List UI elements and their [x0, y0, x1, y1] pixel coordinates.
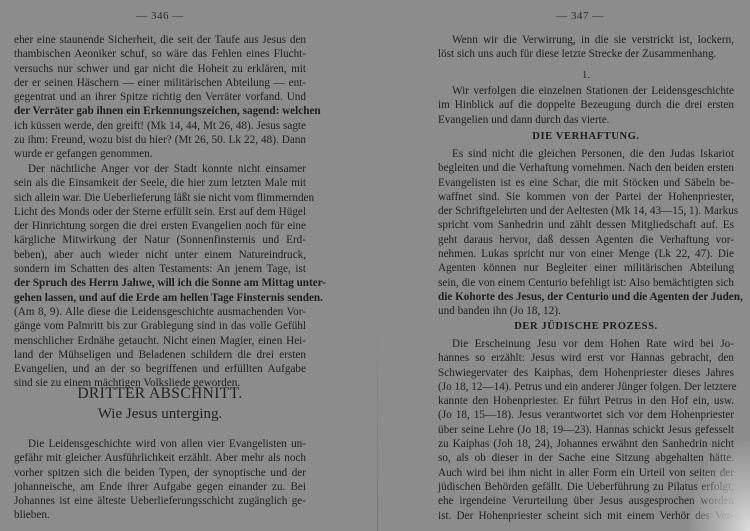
text-line: johanneische, am Ende ihrer Aufgabe gege…	[14, 480, 306, 494]
text-line: sich allein war. Die Ueberlieferung läßt…	[14, 191, 306, 205]
text-line: geht daraus hervor, daß dessen Agenten d…	[438, 233, 734, 247]
text-line: wurde er gefangen genommen.	[14, 147, 306, 161]
section-title: DRITTER ABSCHNITT.	[14, 385, 306, 403]
text-line: Wenn wir die Verwirrung, in die sie vers…	[438, 33, 734, 47]
text-line: Licht des Monds oder der Sterne erfüllt …	[14, 205, 306, 219]
paragraph-confusion: Wenn wir die Verwirrung, in die sie vers…	[438, 33, 734, 62]
text-line: im Hinblick auf die doppelte Bezeugung d…	[438, 98, 734, 112]
paragraph-passion-intro: Die Leidensgeschichte wird von allen vie…	[14, 437, 306, 523]
text-line: sondern im Schatten des alten Testaments…	[14, 262, 306, 276]
text-line: ich küssen werde, den greift! (Mk 14, 44…	[14, 119, 306, 133]
text-line: löst sich uns auch für diese letzte Stre…	[438, 47, 734, 61]
text-line: eher eine staunende Sicherheit, die seit…	[14, 33, 306, 47]
text-line: land der Mühseligen und Beladenen schild…	[14, 348, 306, 362]
text-line: sein, die von einem Centurio befehligt i…	[438, 276, 734, 290]
text-line: Johannes ist eine älteste Ueberlieferung…	[14, 494, 306, 508]
text-line: Die Leidensgeschichte wird von allen vie…	[14, 437, 306, 451]
text-line: der Spruch des Herrn Jahwe, will ich die…	[14, 276, 306, 290]
text-line: Es sind nicht die gleichen Personen, die…	[438, 147, 734, 161]
text-line: spricht vom Sanhedrin und zählt dessen M…	[438, 218, 734, 232]
page-number: — 346 —	[100, 10, 220, 22]
paragraph-arrest-ending: eher eine staunende Sicherheit, die seit…	[14, 33, 306, 162]
text-line: beben), aber auch wieder nicht unter ein…	[14, 248, 306, 262]
text-line: Die Erscheinung Jesu vor dem Hohen Rate …	[438, 337, 734, 351]
part-number: 1.	[438, 69, 734, 81]
text-line: gehen lassen, und auf die Erde am hellen…	[14, 291, 306, 305]
text-line: der Verräter gab ihnen ein Erkennungszei…	[14, 104, 306, 118]
text-line: Evangelien und dann durch das vierte.	[438, 113, 734, 127]
text-line: Evangelisten ist es eine Schar, die mit …	[438, 176, 734, 190]
text-line: blieben.	[14, 508, 306, 522]
text-line: menschlicher Erdnähe getaucht. Nicht ein…	[14, 334, 306, 348]
text-line: versuchs nur schwer und gar nicht die Ho…	[14, 62, 306, 76]
text-line: gänge vom Palmritt bis zur Grablegung si…	[14, 319, 306, 333]
text-line: kannte den Hohenpriester. Er führt Petru…	[438, 394, 734, 408]
text-line: thambischen Aeoniker schuf, so wäre das …	[14, 47, 306, 61]
text-line: begleiten und die Verhaftung vornehmen. …	[438, 161, 734, 175]
text-line: Agenten können nur Begleiter einer milit…	[438, 261, 734, 275]
text-line: über seine Lehre (Jo 18, 19—23). Hannas …	[438, 423, 734, 437]
paragraph-stations: Wir verfolgen die einzelnen Stationen de…	[438, 84, 734, 127]
text-line: Evangelien, und an der so begriffenen un…	[14, 362, 306, 376]
paragraph-night-meadow: Der nächtliche Anger vor der Stadt konnt…	[14, 162, 306, 391]
text-line: sein als die Einsamkeit der Seele, die h…	[14, 176, 306, 190]
heading-jewish-trial: DER JÜDISCHE PROZESS.	[438, 321, 734, 332]
text-line: zu ihm: Freund, wozu bist du hier? (Mt 2…	[14, 133, 306, 147]
scan-smudge	[690, 441, 750, 531]
text-line: Der nächtliche Anger vor der Stadt konnt…	[14, 162, 306, 176]
text-line: gefähr mit gleicher Ausführlichkeit erzä…	[14, 451, 306, 465]
text-line: gegentrat und an ihrer Spitze richtig de…	[14, 90, 306, 104]
text-line: (Jo 18, 15—18). Jesus verantwortet sich …	[438, 408, 734, 422]
text-line: (Am 8, 9). Alle diese die Leidensgeschic…	[14, 305, 306, 319]
heading-arrest: DIE VERHAFTUNG.	[438, 131, 734, 142]
book-spread: — 346 — eher eine staunende Sicherheit, …	[0, 0, 750, 531]
text-line: der er seinen Häschern — einer militäris…	[14, 76, 306, 90]
text-line: Wir verfolgen die einzelnen Stationen de…	[438, 84, 734, 98]
page-346: — 346 — eher eine staunende Sicherheit, …	[0, 0, 375, 531]
text-line: vorher spitzen sich die beiden Typen, de…	[14, 466, 306, 480]
text-line: der Hinrichtung sorgen die drei ersten E…	[14, 219, 306, 233]
text-line: und banden ihn (Jo 18, 12).	[438, 304, 734, 318]
text-line: (Jo 18, 12—14). Petrus und ein anderer J…	[438, 380, 734, 394]
section-subtitle: Wie Jesus unterging.	[14, 406, 306, 423]
text-line: waffnet sind. Sie kommen von der Partei …	[438, 190, 734, 204]
text-line: der Schriftgelehrten und der Aeltesten (…	[438, 204, 734, 218]
page-number: — 347 —	[520, 10, 640, 22]
text-line: nehmen. Lukas spricht nur von einer Meng…	[438, 247, 734, 261]
text-line: hannes so erzählt: Jesus wird erst vor H…	[438, 351, 734, 365]
text-line: Schwiegervater des Kaiphas, dem Hohenpri…	[438, 366, 734, 380]
text-line: kärgliche Mitwirkung der Natur (Sonnenfi…	[14, 233, 306, 247]
text-line: die Kohorte des Jesus, der Centurio und …	[438, 290, 734, 304]
paragraph-arrest: Es sind nicht die gleichen Personen, die…	[438, 147, 734, 319]
